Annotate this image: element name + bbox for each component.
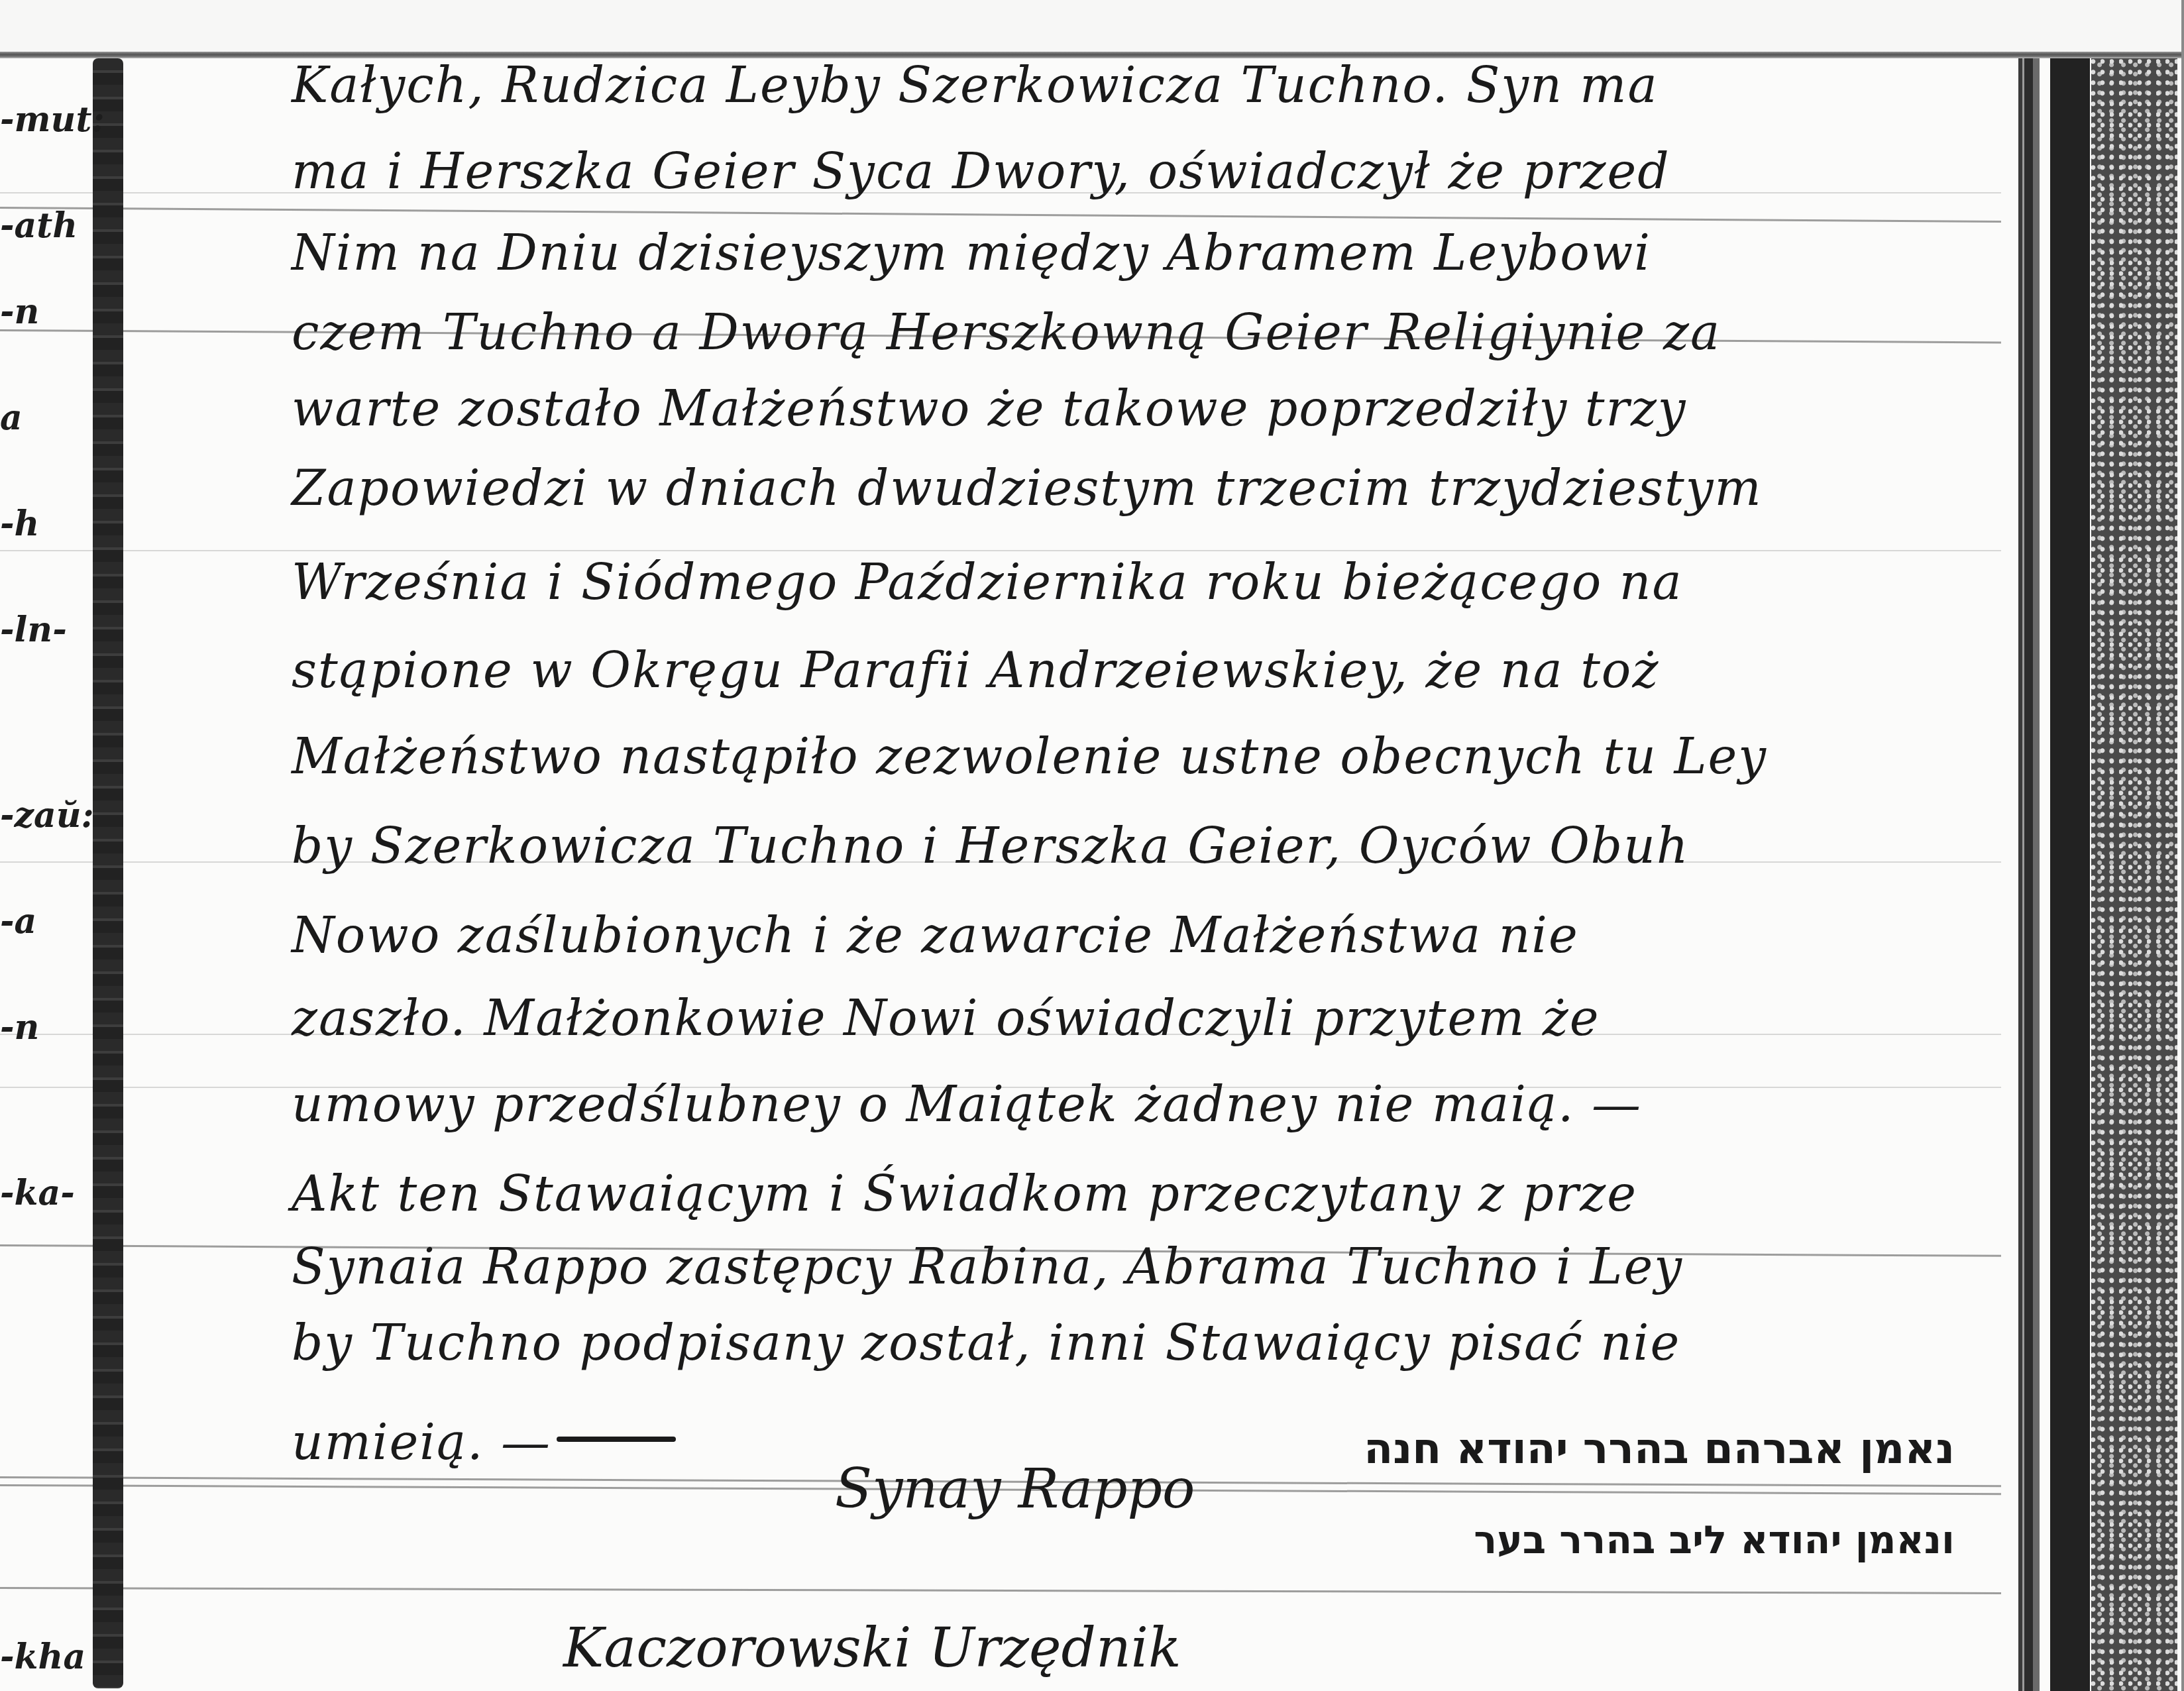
hebrew-signature-2: ונאמן יהודא ליב בהרר בער — [1232, 1517, 1955, 1562]
record-line: Synaia Rappo zastępcy Rabina, Abrama Tuc… — [292, 1242, 1988, 1291]
margin-fragment: -zaŭ: — [0, 795, 94, 836]
record-line: by Tuchno podpisany został, inni Stawaią… — [292, 1319, 1988, 1368]
margin-fragment: -n — [0, 1007, 39, 1048]
record-line: stąpione w Okręgu Parafii Andrzeiewskiey… — [292, 646, 1988, 695]
signature-official: Kaczorowski Urzędnik — [563, 1617, 1181, 1680]
scan-top-margin — [0, 0, 2184, 52]
record-line: Nim na Dniu dzisieyszym między Abramem L… — [292, 229, 1988, 278]
margin-fragment: -a — [0, 901, 36, 942]
record-line: Akt ten Stawaiącym i Świadkom przeczytan… — [292, 1170, 1988, 1219]
margin-fragment: -ath — [0, 205, 78, 246]
margin-fragment: a — [0, 398, 23, 438]
record-line: umowy przedślubney o Maiątek żadney nie … — [292, 1080, 1988, 1129]
record-line: Małżeństwo nastąpiło zezwolenie ustne ob… — [292, 732, 1988, 781]
record-line: Kałych, Rudzica Leyby Szerkowicza Tuchno… — [292, 61, 1988, 110]
ruled-line — [0, 1587, 2001, 1594]
record-line: czem Tuchno a Dworą Herszkowną Geier Rel… — [292, 308, 1988, 357]
record-line: warte zostało Małżeństwo że takowe poprz… — [292, 384, 1988, 433]
margin-fragment: -h — [0, 504, 39, 544]
ruled-line — [0, 207, 2001, 223]
margin-fragment: -n — [0, 292, 39, 332]
record-line: by Szerkowicza Tuchno i Herszka Geier, O… — [292, 822, 1988, 871]
left-column-rule — [93, 58, 123, 1688]
signature-synay-rappo: Synay Rappo — [835, 1458, 1195, 1521]
ruled-line — [0, 550, 2001, 551]
record-line: zaszło. Małżonkowie Nowi oświadczyli prz… — [292, 994, 1988, 1043]
record-line: Września i Siódmego Października roku bi… — [292, 558, 1988, 607]
record-line: Zapowiedzi w dniach dwudziestym trzecim … — [292, 464, 1988, 513]
record-line: Nowo zaślubionych i że zawarcie Małżeńst… — [292, 911, 1988, 960]
book-binding-gutter — [2018, 58, 2184, 1691]
closing-dash — [557, 1437, 676, 1442]
margin-fragment: -mut: — [0, 99, 105, 140]
margin-fragment: -kha — [0, 1637, 85, 1677]
margin-fragment: -ln- — [0, 610, 67, 650]
record-line: ma i Herszka Geier Syca Dwory, oświadczy… — [292, 147, 1988, 196]
scan-edge — [2181, 0, 2184, 1691]
hebrew-signature-1: נאמן אברהם בהרר יהודא חנה — [1213, 1425, 1955, 1474]
margin-fragment: -ka- — [0, 1173, 75, 1213]
